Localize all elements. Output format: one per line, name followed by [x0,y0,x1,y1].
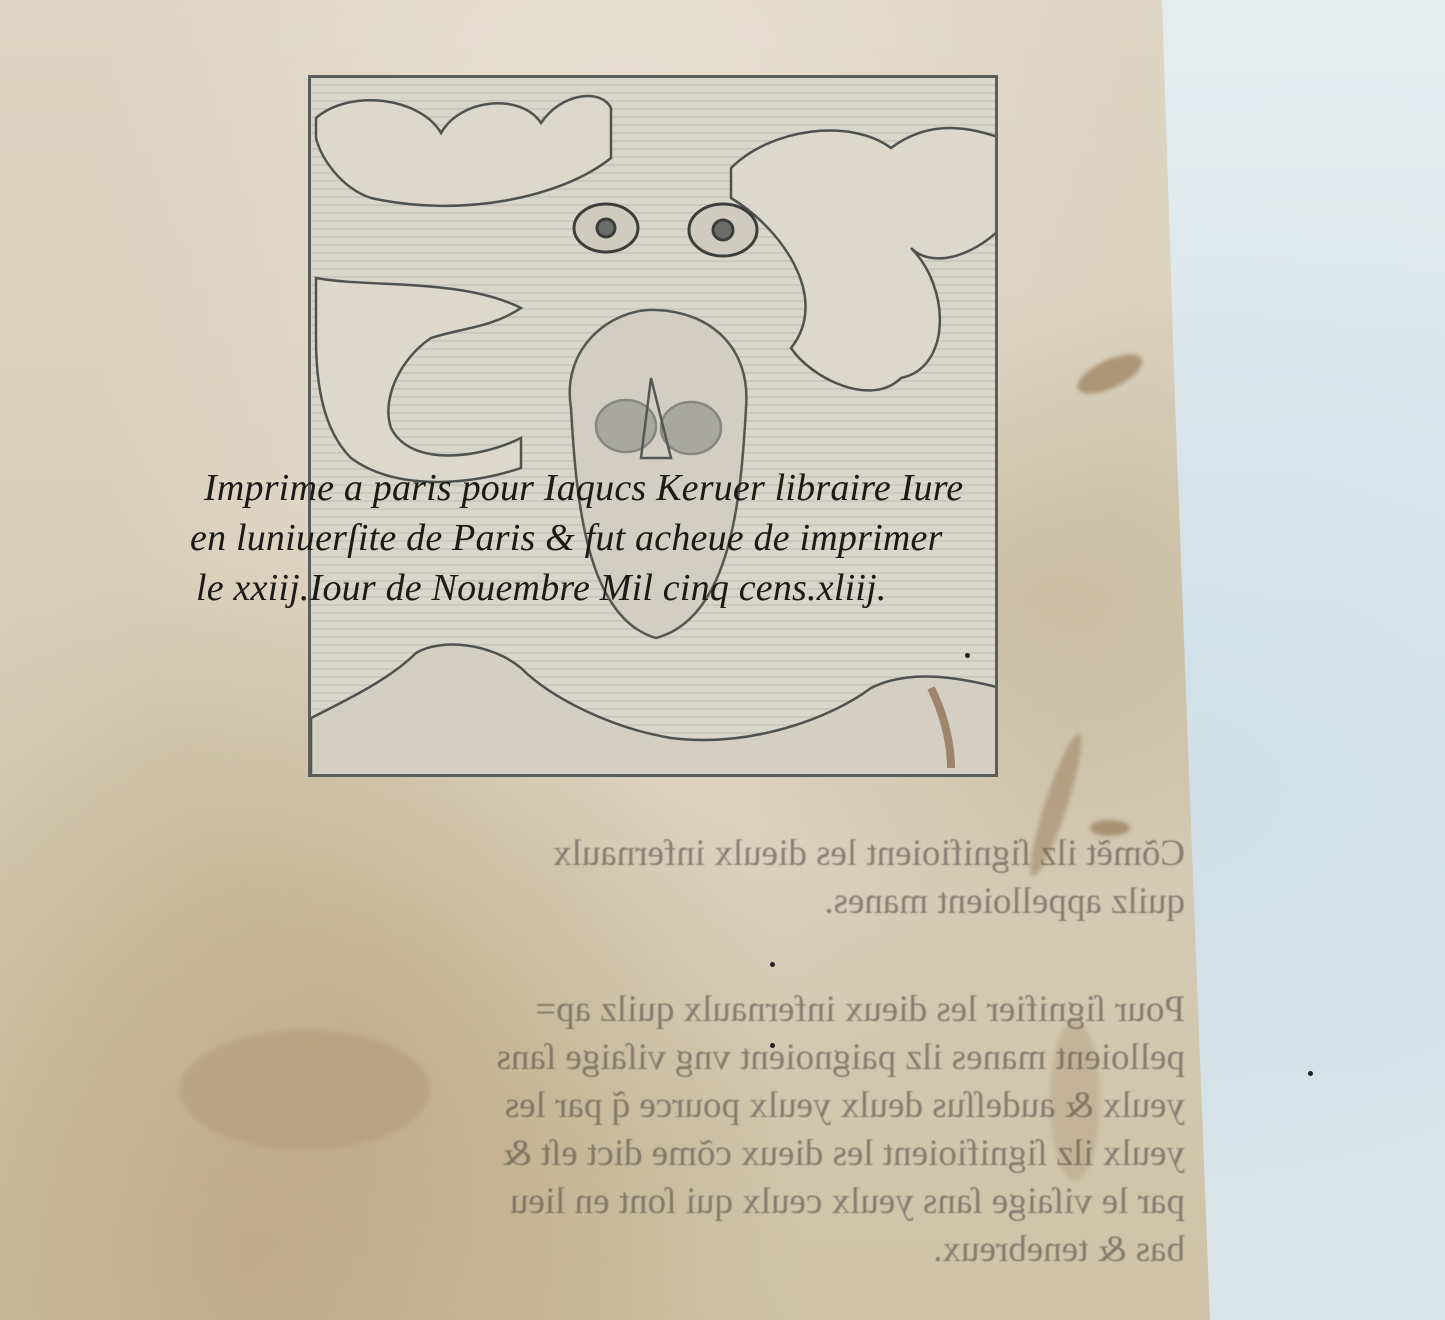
ink-speck [770,962,775,967]
woodcut-illustration [308,75,998,777]
bleed-through-line: Pour ſignifier les dieux infernaulx quil… [185,986,1185,1034]
foxing-stain [1050,1020,1100,1180]
bleed-through-line: quilz appelloient manes. [185,878,1185,926]
bleed-through-gap [185,926,1185,986]
foxing-stain [1072,347,1147,402]
colophon-line: le xxiij.Iour de Nouembre Mil cinq cens.… [190,563,1150,613]
ink-speck [770,1043,775,1048]
foxing-stain [180,1030,430,1150]
woodcut-drawing-icon [311,78,998,777]
colophon: Imprime a paris pour Iaqucs Keruer libra… [190,463,1150,613]
colophon-line: en luniuerſite de Paris & fut acheue de … [190,513,1150,563]
ink-speck [1308,1071,1313,1076]
colophon-line: Imprime a paris pour Iaqucs Keruer libra… [190,463,1150,513]
ink-speck [965,653,970,658]
bleed-through-line: bas & tenebreux. [185,1226,1185,1274]
book-leaf: Cõmẽt ilz ſignifioient les dieulx infern… [0,0,1230,1320]
bleed-through-line: par le viſaige ſans yeulx ceulx qui ſont… [185,1178,1185,1226]
foxing-stain [1090,820,1130,836]
